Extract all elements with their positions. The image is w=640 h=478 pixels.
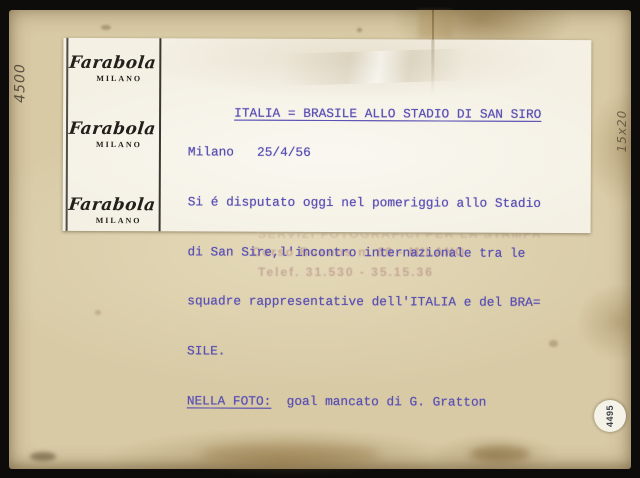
sticker-number: 4495: [605, 405, 615, 427]
caption-label: Farabola MILANO Farabola MILANO Farabola…: [63, 38, 592, 233]
farabola-logo-city: MILANO: [69, 74, 155, 83]
caption-body-line: SILE.: [187, 343, 582, 361]
photo-note-text: goal mancato di G. Gratton: [271, 394, 486, 410]
archive-number-sticker: 4495: [594, 400, 626, 432]
caption-title: ITALIA = BRASILE ALLO STADIO DI SAN SIRO: [234, 105, 541, 123]
stain-speck: [101, 25, 111, 30]
stain-smudge: [200, 444, 380, 466]
stain-speck: [357, 28, 362, 32]
label-divider-rule: [159, 38, 162, 231]
photo-note-label: NELLA FOTO:: [187, 393, 272, 408]
farabola-logo-name: Farabola: [68, 54, 156, 72]
farabola-logo-city: MILANO: [69, 216, 155, 225]
caption-body-line: squadre rappresentative dell'ITALIA e de…: [187, 293, 582, 311]
farabola-logo: Farabola MILANO: [69, 54, 155, 83]
stain-speck: [95, 310, 101, 315]
label-fold: [431, 39, 434, 94]
farabola-logo: Farabola MILANO: [69, 196, 155, 225]
handwritten-print-size: 15x20: [615, 105, 633, 157]
handwritten-number-left: 4500: [13, 55, 31, 112]
farabola-logo: Farabola MILANO: [69, 120, 155, 149]
typed-caption: ITALIA = BRASILE ALLO STADIO DI SAN SIRO…: [187, 88, 584, 444]
farabola-logo-city: MILANO: [69, 140, 155, 149]
stain-speck: [30, 452, 56, 461]
tape-mark: [418, 10, 452, 38]
farabola-logo-name: Farabola: [68, 196, 156, 214]
caption-dateline: Milano 25/4/56: [188, 144, 583, 162]
stain-smudge: [470, 446, 530, 462]
label-wrinkle: [223, 47, 524, 88]
caption-body-line: di San Sire,l'incontro internazionale tr…: [187, 244, 582, 262]
caption-photo-note: NELLA FOTO: goal mancato di G. Gratton: [187, 393, 582, 411]
farabola-logo-name: Farabola: [68, 120, 156, 138]
caption-body-line: Si é disputato oggi nel pomeriggio allo …: [188, 194, 583, 212]
photo-scan: SERVIZI FOTOGRAFICI PER LA STAMPA Corso …: [0, 0, 640, 478]
